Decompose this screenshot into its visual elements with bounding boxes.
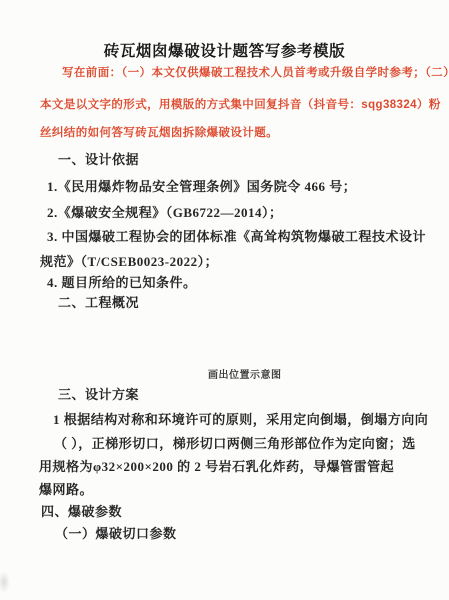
heading-section-1-design-basis: 一、设计依据 — [58, 152, 139, 168]
heading-section-2-project-overview: 二、工程概况 — [58, 295, 139, 311]
item-reference-2: 2.《爆破安全规程》（GB6722—2014）； — [47, 205, 283, 221]
notice-line-1: 写在前面：（一）本文仅供爆破工程技术人员首考或升级自学时参考；（二） — [62, 64, 449, 80]
paragraph-scheme-line-3: 用规格为φ32×200×200 的 2 号岩石乳化炸药，导爆管雷管起 — [39, 459, 394, 475]
item-reference-3: 3. 中国爆破工程协会的团体标准《高耸构筑物爆破工程技术设计 — [47, 229, 426, 245]
item-reference-1: 1.《民用爆炸物品安全管理条例》国务院令 466 号； — [47, 179, 356, 195]
scan-smudge-mark — [0, 571, 10, 593]
paragraph-scheme-line-2: （ ），正梯形切口，梯形切口两侧三角形部位作为定向窗；选 — [54, 436, 416, 452]
notice-line-2: 本文是以文字的形式，用模版的方式集中回复抖音（抖音号：sqg38324）粉 — [40, 96, 441, 112]
heading-section-3-design-scheme: 三、设计方案 — [58, 387, 139, 403]
notice-line-3: 丝纠结的如何答写砖瓦烟囱拆除爆破设计题。 — [40, 124, 278, 140]
item-reference-3-continuation: 规范》（T/CSEB0023-2022）； — [40, 254, 218, 270]
figure-caption: 画出位置示意图 — [208, 366, 282, 381]
document-title: 砖瓦烟囱爆破设计题答写参考模版 — [0, 39, 449, 61]
scanned-document-page: 砖瓦烟囱爆破设计题答写参考模版 写在前面：（一）本文仅供爆破工程技术人员首考或升… — [0, 0, 449, 600]
heading-section-4-blasting-parameters: 四、爆破参数 — [41, 504, 122, 520]
heading-subsection-cut-parameters: （一）爆破切口参数 — [55, 526, 177, 542]
item-reference-4: 4. 题目所给的已知条件。 — [47, 275, 197, 291]
paragraph-scheme-line-1: 1 根据结构对称和环境许可的原则，采用定向倒塌，倒塌方向向 — [53, 412, 428, 428]
paragraph-scheme-line-4: 爆网路。 — [39, 482, 93, 498]
